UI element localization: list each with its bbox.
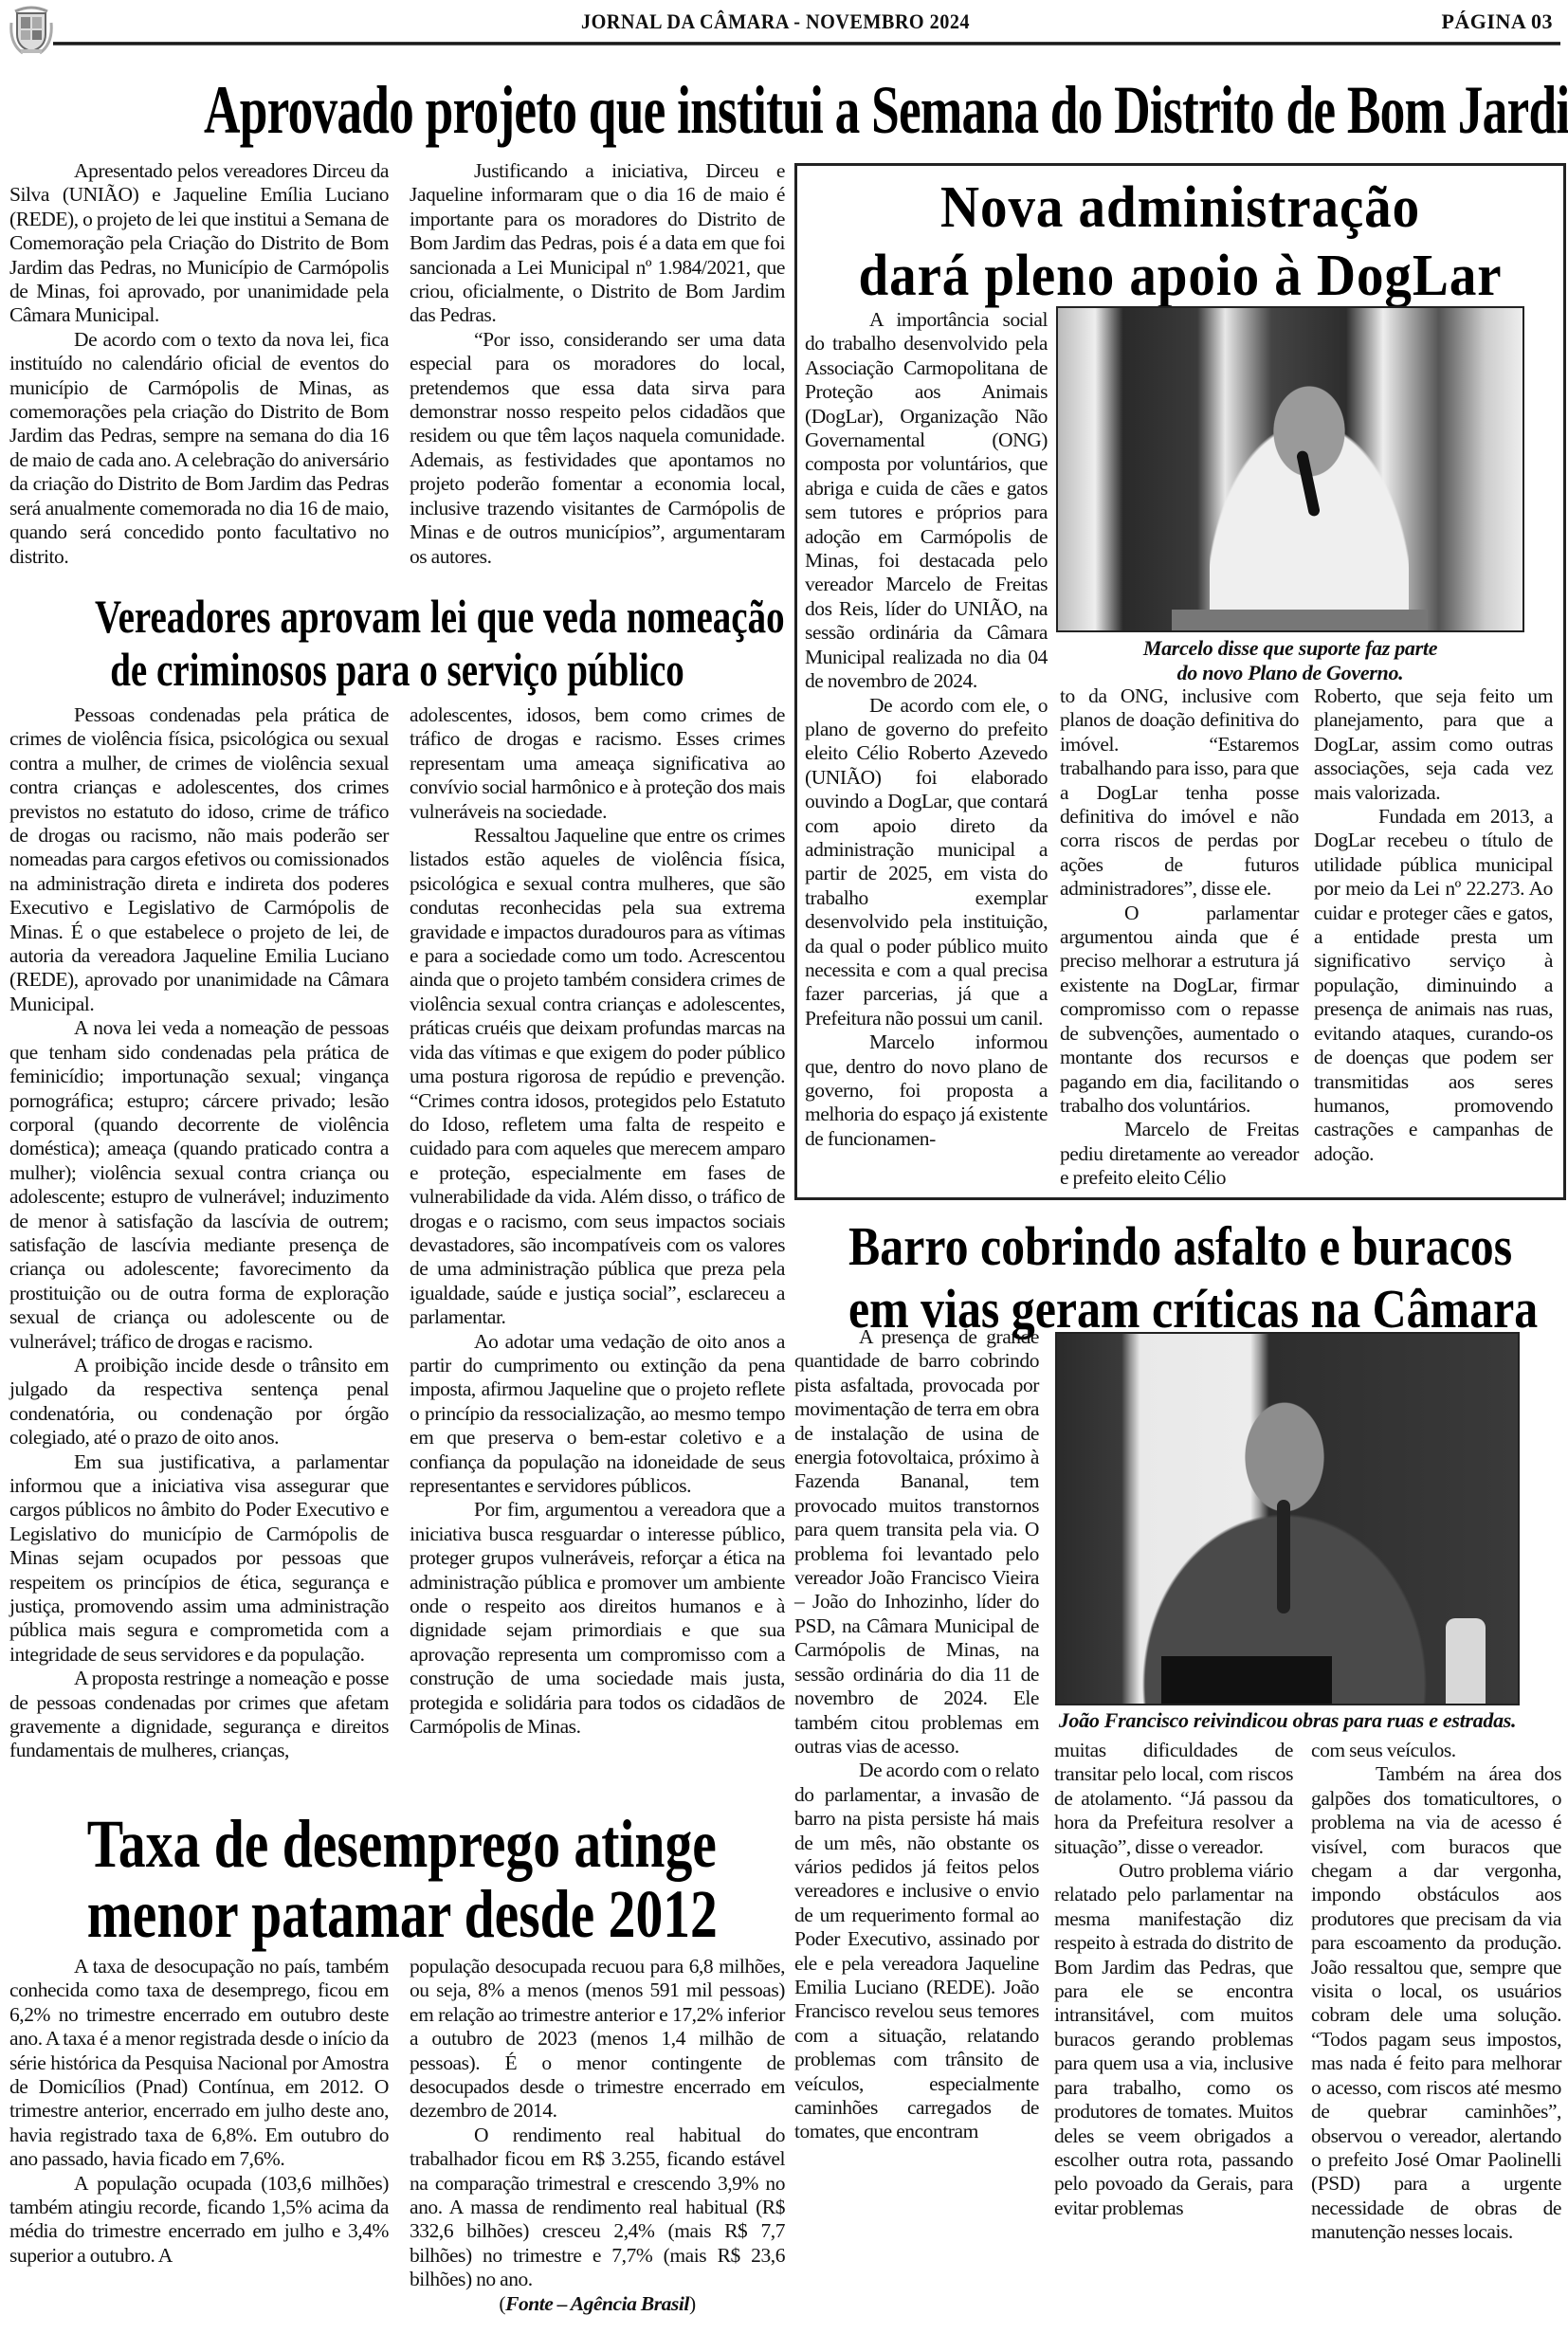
article-column: com seus veículos. Também na área dos ga… <box>1311 1739 1561 2245</box>
photo-joao-francisco <box>1055 1332 1520 1705</box>
paragraph: O parlamentar argumentou ainda que é pre… <box>1060 902 1299 1119</box>
paragraph: A proibição incide desde o trânsito em j… <box>9 1354 389 1450</box>
headline-line: Vereadores aprovam lei que veda nomeação <box>95 590 700 643</box>
paragraph: Outro problema viário relatado pelo parl… <box>1054 1859 1293 2220</box>
headline-semana: Aprovado projeto que institui a Semana d… <box>204 76 1364 144</box>
source-credit: (Fonte – Agência Brasil) <box>410 2292 785 2316</box>
paragraph: O rendimento real habitual do trabalhado… <box>410 2124 785 2292</box>
paragraph: “Por isso, considerando ser uma data esp… <box>410 328 785 569</box>
newspaper-title: JORNAL DA CÂMARA - NOVEMBRO 2024 <box>540 9 1012 34</box>
paragraph: Apresentado pelos vereadores Dirceu da S… <box>9 159 389 328</box>
paragraph: De acordo com ele, o plano de governo do… <box>805 694 1048 1031</box>
paragraph: A taxa de desocupação no país, também co… <box>9 1955 389 2172</box>
headline-line: Taxa de desemprego atinge <box>87 1809 707 1879</box>
paragraph: Marcelo informou que, dentro do novo pla… <box>805 1030 1048 1151</box>
photo-caption: Marcelo disse que suporte faz parte do n… <box>1056 636 1524 685</box>
paragraph: Também na área dos galpões dos tomaticul… <box>1311 1762 1561 2244</box>
article-column: A importância social do trabalho desenvo… <box>805 308 1048 1151</box>
article-column: Apresentado pelos vereadores Dirceu da S… <box>9 159 389 569</box>
paragraph: Pessoas condenadas pela prática de crime… <box>9 703 389 1016</box>
photo-caption: João Francisco reivindicou obras para ru… <box>1048 1708 1527 1733</box>
paragraph-continued: com seus veículos. <box>1311 1739 1561 1762</box>
paragraph-continued: to da ONG, inclusive com planos de doaçã… <box>1060 684 1299 902</box>
article-column: Roberto, que seja feito um planejamento,… <box>1314 684 1553 1166</box>
paragraph: A presença de grande quantidade de barro… <box>794 1325 1039 1759</box>
headline-taxa: Taxa de desemprego atinge menor patamar … <box>9 1809 785 1949</box>
paragraph: De acordo com o relato do parlamentar, a… <box>794 1759 1039 2144</box>
paragraph-continued: muitas dificuldades de transitar pelo lo… <box>1054 1739 1293 1859</box>
headline-line: dará pleno apoio à DogLar <box>828 242 1532 310</box>
paragraph-continued: Roberto, que seja feito um planejamento,… <box>1314 684 1553 805</box>
photo-marcelo <box>1056 306 1524 632</box>
coat-of-arms-icon <box>9 6 53 55</box>
article-column: A presença de grande quantidade de barro… <box>794 1325 1039 2144</box>
article-column: população desocupada recuou para 6,8 mil… <box>410 1955 785 2316</box>
source-text: Fonte – Agência Brasil <box>505 2292 689 2315</box>
article-column: Pessoas condenadas pela prática de crime… <box>9 703 389 1763</box>
paragraph: A proposta restringe a nomeação e posse … <box>9 1667 389 1763</box>
headline-line: de criminosos para o serviço público <box>95 643 700 696</box>
article-semana-body: Apresentado pelos vereadores Dirceu da S… <box>9 159 785 569</box>
masthead-logo <box>9 6 53 55</box>
paragraph: A população ocupada (103,6 milhões) tamb… <box>9 2172 389 2269</box>
article-column: A taxa de desocupação no país, também co… <box>9 1955 389 2316</box>
headline-line: Nova administração <box>828 173 1532 242</box>
article-column: adolescentes, idosos, bem como crimes de… <box>410 703 785 1763</box>
header-rule <box>53 42 1560 46</box>
caption-line: Marcelo disse que suporte faz parte <box>1056 636 1524 661</box>
headline-doglar: Nova administração dará pleno apoio à Do… <box>797 173 1563 310</box>
paragraph: De acordo com o texto da nova lei, fica … <box>9 328 389 569</box>
page-number: PÁGINA 03 <box>1441 9 1553 34</box>
article-vereadores-body: Pessoas condenadas pela prática de crime… <box>9 703 785 1763</box>
article-column: muitas dificuldades de transitar pelo lo… <box>1054 1739 1293 2220</box>
paragraph: Marcelo de Freitas pediu diretamente ao … <box>1060 1118 1299 1190</box>
paragraph: Ao adotar uma vedação de oito anos a par… <box>410 1330 785 1499</box>
paragraph: Fundada em 2013, a DogLar recebeu o títu… <box>1314 805 1553 1166</box>
article-column: to da ONG, inclusive com planos de doaçã… <box>1060 684 1299 1191</box>
caption-line: do novo Plano de Governo. <box>1056 661 1524 685</box>
paragraph: A importância social do trabalho desenvo… <box>805 308 1048 694</box>
article-taxa-body: A taxa de desocupação no país, também co… <box>9 1955 785 2316</box>
paren: ) <box>689 2292 696 2315</box>
headline-line: menor patamar desde 2012 <box>87 1879 707 1949</box>
water-bottle <box>1446 1618 1486 1705</box>
headline-barro: Barro cobrindo asfalto e buracos em vias… <box>794 1215 1566 1340</box>
doglar-article-box: Nova administração dará pleno apoio à Do… <box>794 163 1566 1200</box>
podium <box>1172 610 1428 632</box>
paragraph-continued: adolescentes, idosos, bem como crimes de… <box>410 703 785 824</box>
paragraph: Em sua justificativa, a parlamentar info… <box>9 1450 389 1668</box>
headline-line: Barro cobrindo asfalto e buracos <box>848 1215 1512 1278</box>
laptop <box>1161 1656 1332 1705</box>
microphone <box>1277 1500 1290 1614</box>
paragraph: Ressaltou Jaqueline que entre os crimes … <box>410 824 785 1330</box>
paragraph-continued: população desocupada recuou para 6,8 mil… <box>410 1955 785 2124</box>
article-column: Justificando a iniciativa, Dirceu e Jaqu… <box>410 159 785 569</box>
paragraph: A nova lei veda a nomeação de pessoas qu… <box>9 1016 389 1354</box>
paragraph: Justificando a iniciativa, Dirceu e Jaqu… <box>410 159 785 328</box>
headline-vereadores: Vereadores aprovam lei que veda nomeação… <box>9 590 785 696</box>
paragraph: Por fim, argumentou a vereadora que a in… <box>410 1498 785 1739</box>
